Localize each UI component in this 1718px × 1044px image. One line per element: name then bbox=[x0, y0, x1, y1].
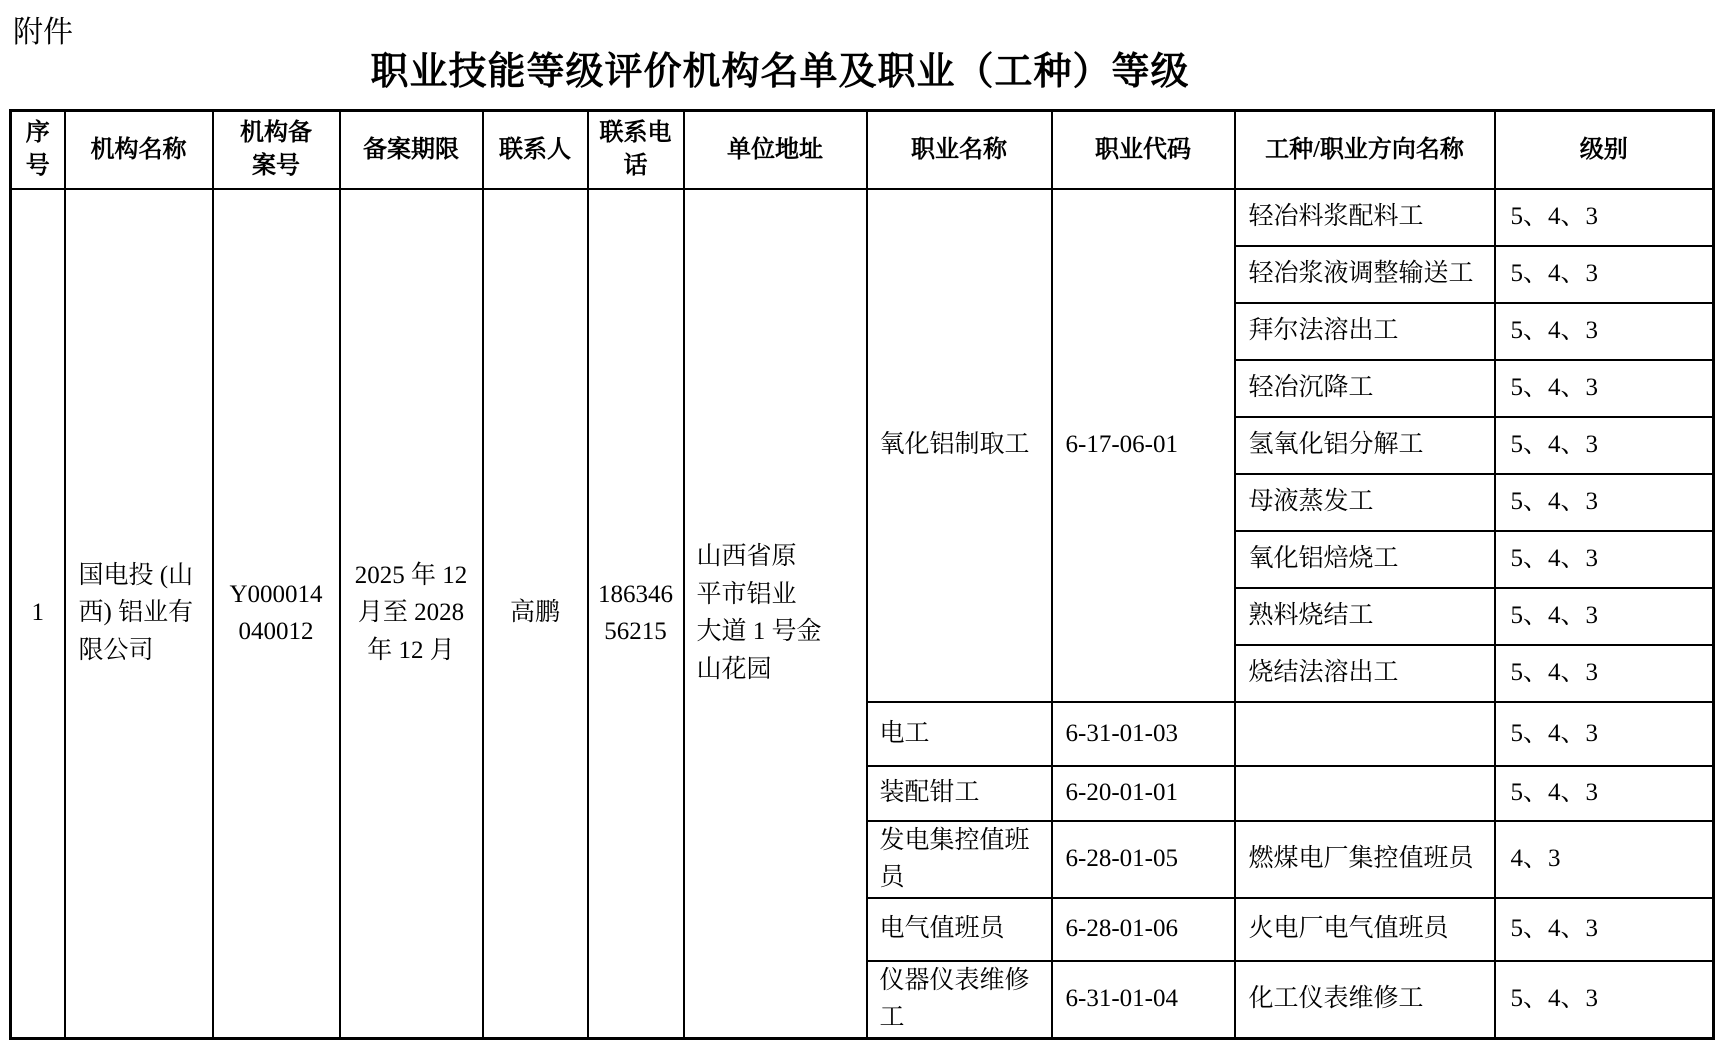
col-header-work-type: 工种/职业方向名称 bbox=[1235, 111, 1495, 189]
cell-level: 5、4、3 bbox=[1495, 898, 1714, 961]
col-header-registration-no: 机构备案号 bbox=[213, 111, 340, 189]
cell-level: 5、4、3 bbox=[1495, 702, 1714, 766]
cell-work-type: 火电厂电气值班员 bbox=[1235, 898, 1495, 961]
cell-occupation-code: 6-31-01-03 bbox=[1052, 702, 1235, 766]
cell-occupation-name: 电工 bbox=[867, 702, 1052, 766]
cell-work-type: 氢氧化铝分解工 bbox=[1235, 417, 1495, 474]
cell-level: 5、4、3 bbox=[1495, 360, 1714, 417]
col-header-contact: 联系人 bbox=[483, 111, 588, 189]
cell-occupation-name: 仪器仪表维修工 bbox=[867, 961, 1052, 1039]
cell-institution-name: 国电投 (山西) 铝业有限公司 bbox=[65, 189, 213, 1039]
table-row: 1 国电投 (山西) 铝业有限公司 Y000014040012 2025 年 1… bbox=[11, 189, 1714, 246]
cell-occupation-code: 6-17-06-01 bbox=[1052, 189, 1235, 702]
table-header-row: 序号 机构名称 机构备案号 备案期限 联系人 联系电话 单位地址 职业名称 职业… bbox=[11, 111, 1714, 189]
cell-contact: 高鹏 bbox=[483, 189, 588, 1039]
cell-registration-period: 2025 年 12 月至 2028 年 12 月 bbox=[340, 189, 483, 1039]
col-header-institution-name: 机构名称 bbox=[65, 111, 213, 189]
col-header-address: 单位地址 bbox=[684, 111, 867, 189]
cell-work-type: 轻冶沉降工 bbox=[1235, 360, 1495, 417]
cell-work-type bbox=[1235, 766, 1495, 821]
cell-occupation-name: 电气值班员 bbox=[867, 898, 1052, 961]
page-title: 职业技能等级评价机构名单及职业（工种）等级 bbox=[0, 40, 1718, 95]
cell-occupation-code: 6-28-01-05 bbox=[1052, 821, 1235, 898]
col-header-registration-period: 备案期限 bbox=[340, 111, 483, 189]
cell-level: 5、4、3 bbox=[1495, 474, 1714, 531]
col-header-phone: 联系电话 bbox=[588, 111, 684, 189]
col-header-occupation-name: 职业名称 bbox=[867, 111, 1052, 189]
cell-level: 5、4、3 bbox=[1495, 189, 1714, 246]
cell-work-type bbox=[1235, 702, 1495, 766]
col-header-occupation-code: 职业代码 bbox=[1052, 111, 1235, 189]
cell-work-type: 燃煤电厂集控值班员 bbox=[1235, 821, 1495, 898]
cell-level: 5、4、3 bbox=[1495, 531, 1714, 588]
cell-occupation-code: 6-31-01-04 bbox=[1052, 961, 1235, 1039]
cell-work-type: 轻冶浆液调整输送工 bbox=[1235, 246, 1495, 303]
cell-occupation-code: 6-28-01-06 bbox=[1052, 898, 1235, 961]
cell-occupation-name: 装配钳工 bbox=[867, 766, 1052, 821]
cell-phone: 18634656215 bbox=[588, 189, 684, 1039]
document-page: 附件 职业技能等级评价机构名单及职业（工种）等级 序号 机构名称 机构备案号 备… bbox=[0, 0, 1718, 1044]
cell-level: 5、4、3 bbox=[1495, 588, 1714, 645]
cell-occupation-name: 氧化铝制取工 bbox=[867, 189, 1052, 702]
cell-level: 5、4、3 bbox=[1495, 303, 1714, 360]
cell-work-type: 化工仪表维修工 bbox=[1235, 961, 1495, 1039]
cell-level: 5、4、3 bbox=[1495, 766, 1714, 821]
cell-work-type: 拜尔法溶出工 bbox=[1235, 303, 1495, 360]
cell-seq: 1 bbox=[11, 189, 65, 1039]
cell-level: 5、4、3 bbox=[1495, 961, 1714, 1039]
cell-level: 5、4、3 bbox=[1495, 417, 1714, 474]
cell-occupation-code: 6-20-01-01 bbox=[1052, 766, 1235, 821]
cell-work-type: 氧化铝焙烧工 bbox=[1235, 531, 1495, 588]
col-header-level: 级别 bbox=[1495, 111, 1714, 189]
cell-work-type: 母液蒸发工 bbox=[1235, 474, 1495, 531]
cell-occupation-name: 发电集控值班员 bbox=[867, 821, 1052, 898]
cell-level: 5、4、3 bbox=[1495, 645, 1714, 702]
cell-work-type: 轻冶料浆配料工 bbox=[1235, 189, 1495, 246]
cell-registration-no: Y000014040012 bbox=[213, 189, 340, 1039]
cell-level: 4、3 bbox=[1495, 821, 1714, 898]
cell-level: 5、4、3 bbox=[1495, 246, 1714, 303]
cell-work-type: 烧结法溶出工 bbox=[1235, 645, 1495, 702]
col-header-seq: 序号 bbox=[11, 111, 65, 189]
evaluation-institution-table: 序号 机构名称 机构备案号 备案期限 联系人 联系电话 单位地址 职业名称 职业… bbox=[9, 109, 1715, 1040]
cell-address: 山西省原 平市铝业 大道 1 号金 山花园 bbox=[684, 189, 867, 1039]
cell-work-type: 熟料烧结工 bbox=[1235, 588, 1495, 645]
